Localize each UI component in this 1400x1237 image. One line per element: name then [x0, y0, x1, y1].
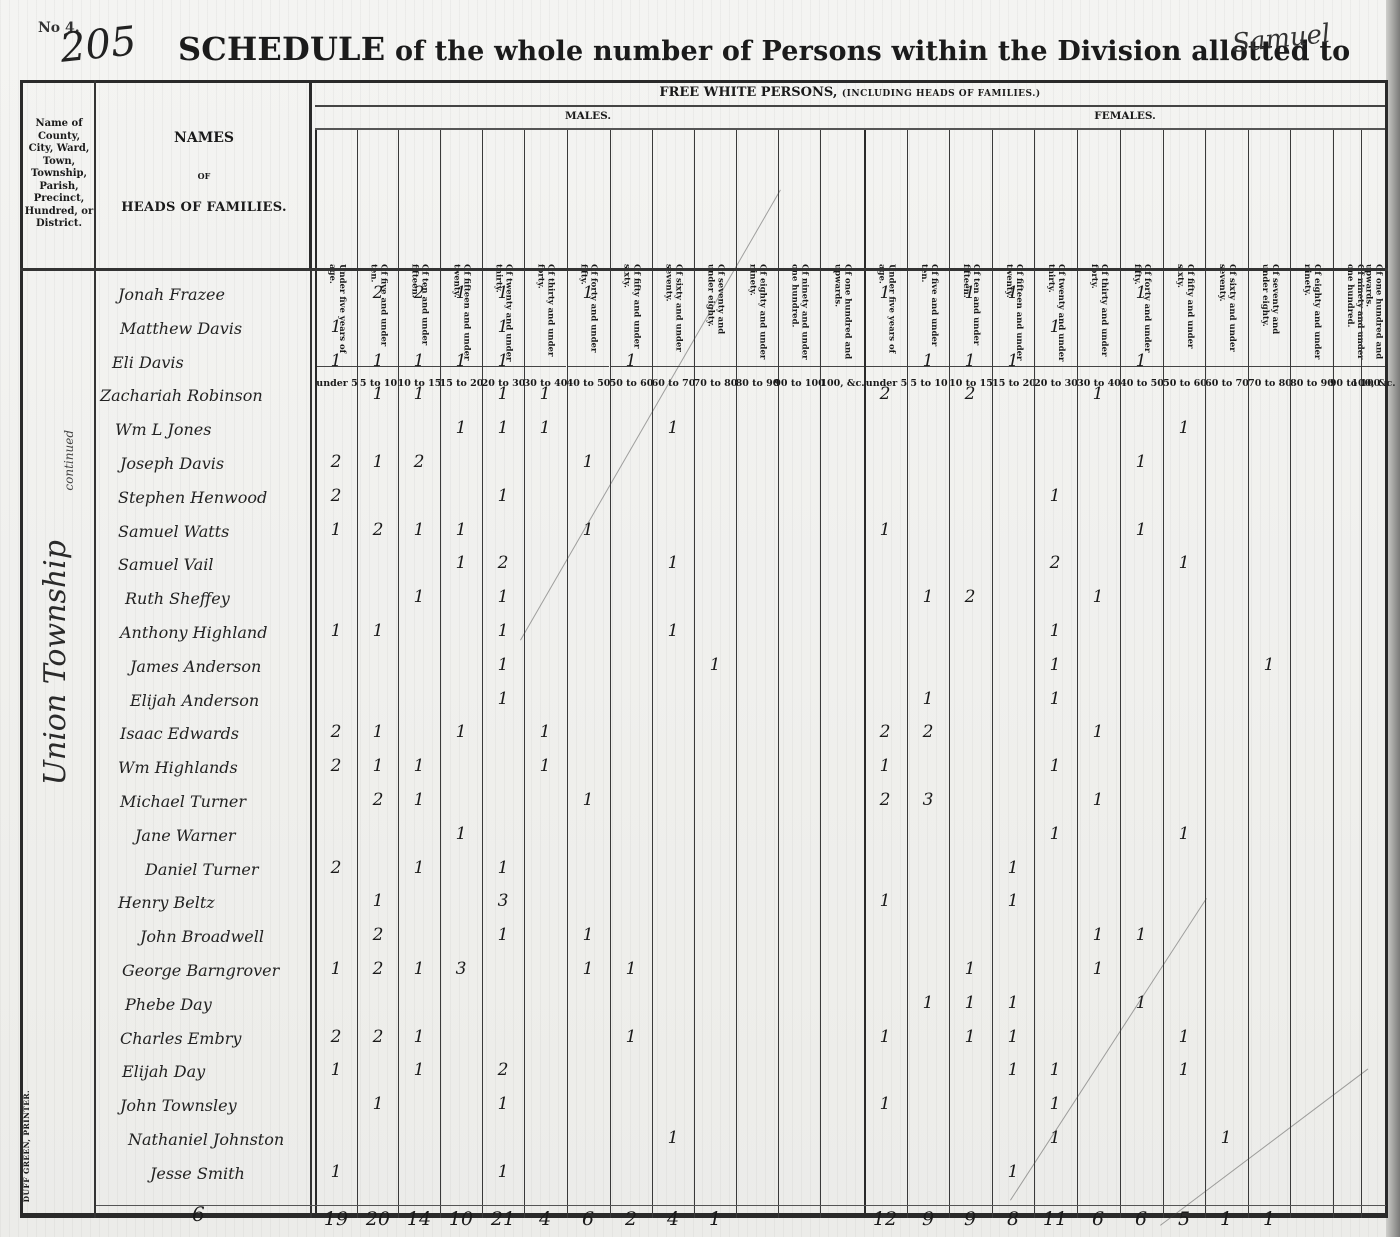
male-age-column: Of one hundred and upwards.100, &c. — [820, 130, 864, 1218]
female-count: 1 — [1249, 655, 1289, 675]
male-count: 1 — [399, 520, 439, 540]
page-edge-shadow — [1386, 0, 1400, 1237]
male-total: 10 — [441, 1208, 481, 1230]
female-count: 1 — [1164, 553, 1204, 573]
column-description-text: Of seventy and under eighty. — [1260, 264, 1280, 364]
head-of-family-name: Henry Beltz — [118, 893, 215, 912]
column-description-text: Of eighty and under ninety. — [748, 264, 768, 364]
district-name-cell: Union Township — [28, 540, 98, 840]
column-description-text: Of fifty and under sixty. — [622, 264, 642, 364]
male-count: 1 — [525, 722, 565, 742]
column-description-text: Under five years of age. — [877, 264, 897, 364]
male-total: 21 — [483, 1208, 523, 1230]
male-count: 1 — [399, 1060, 439, 1080]
female-count: 1 — [1078, 959, 1118, 979]
male-total: 4 — [653, 1208, 693, 1230]
female-count: 2 — [865, 722, 905, 742]
column-description-text: Of fifteen and under twenty. — [452, 264, 472, 364]
male-count: 2 — [358, 925, 398, 945]
male-count: 1 — [483, 689, 523, 709]
male-count: 2 — [358, 520, 398, 540]
male-count: 1 — [399, 1027, 439, 1047]
female-count: 1 — [1035, 655, 1075, 675]
totals-divider — [96, 1205, 1386, 1206]
female-count: 1 — [1121, 283, 1161, 303]
male-count: 2 — [358, 959, 398, 979]
age-range-label: 50 to 60 — [1164, 366, 1206, 399]
age-range-label: 20 to 30 — [1035, 366, 1077, 399]
male-count: 1 — [399, 858, 439, 878]
male-count: 1 — [611, 1027, 651, 1047]
column-description: Of five and under ten. — [358, 264, 399, 364]
male-total: 2 — [611, 1208, 651, 1230]
column-description-text: Of ten and under fifteen. — [961, 264, 981, 364]
male-count: 2 — [358, 1027, 398, 1047]
head-of-family-name: Zachariah Robinson — [100, 386, 263, 405]
female-count: 1 — [865, 520, 905, 540]
male-count: 1 — [399, 790, 439, 810]
column-description: Of five and under ten. — [908, 264, 950, 364]
male-count: 2 — [316, 756, 356, 776]
female-count: 1 — [1035, 317, 1075, 337]
female-count: 2 — [950, 587, 990, 607]
male-age-column: Under five years of age.under 5 — [315, 130, 357, 1218]
female-total: 9 — [950, 1208, 990, 1230]
head-of-family-name: Charles Embry — [120, 1029, 241, 1048]
female-count: 1 — [1078, 384, 1118, 404]
male-count: 2 — [316, 858, 356, 878]
male-count: 1 — [441, 418, 481, 438]
male-count: 1 — [653, 1128, 693, 1148]
male-count: 2 — [399, 283, 439, 303]
female-total: 11 — [1035, 1208, 1075, 1230]
female-count: 1 — [1035, 756, 1075, 776]
head-of-family-name: Jane Warner — [135, 826, 235, 845]
female-count: 1 — [1035, 689, 1075, 709]
female-count: 1 — [1164, 1027, 1204, 1047]
column-description: Of eighty and under ninety. — [737, 264, 778, 364]
column-description: Of seventy and under eighty. — [1249, 264, 1291, 364]
female-count: 1 — [908, 351, 948, 371]
male-count: 1 — [358, 722, 398, 742]
male-count: 1 — [316, 317, 356, 337]
head-of-family-name: Ruth Sheffey — [125, 589, 230, 608]
female-total: 12 — [865, 1208, 905, 1230]
female-age-column: Of thirty and under forty.30 to 40 — [1077, 130, 1120, 1218]
male-count: 1 — [441, 283, 481, 303]
male-count: 1 — [483, 317, 523, 337]
female-count: 1 — [993, 891, 1033, 911]
age-range-label: 60 to 70 — [1206, 366, 1248, 399]
female-count: 1 — [865, 1094, 905, 1114]
female-count: 1 — [993, 1027, 1033, 1047]
male-count: 2 — [316, 452, 356, 472]
male-count: 1 — [316, 959, 356, 979]
male-total: 1 — [695, 1208, 735, 1230]
female-count: 1 — [908, 689, 948, 709]
male-count: 1 — [483, 418, 523, 438]
head-of-family-name: Samuel Vail — [118, 555, 214, 574]
column-description-text: Of thirty and under forty. — [1089, 264, 1109, 364]
female-count: 3 — [908, 790, 948, 810]
head-of-family-name: Samuel Watts — [118, 522, 229, 541]
male-count: 2 — [358, 790, 398, 810]
age-range-label: 100, &c. — [821, 366, 864, 399]
page-number: 205 — [58, 18, 139, 72]
schedule-title: SCHEDULE of the whole number of Persons … — [178, 30, 1350, 68]
column-description: Of one hundred and upwards. — [1362, 264, 1385, 364]
male-count: 1 — [653, 418, 693, 438]
female-count: 1 — [1164, 1060, 1204, 1080]
male-count: 2 — [358, 283, 398, 303]
female-count: 1 — [865, 756, 905, 776]
female-count: 1 — [1035, 824, 1075, 844]
head-of-family-name: George Barngrover — [122, 961, 279, 980]
males-header: MALES. — [315, 110, 861, 122]
female-total: 8 — [993, 1208, 1033, 1230]
male-count: 2 — [483, 1060, 523, 1080]
head-of-family-name: James Anderson — [130, 657, 261, 676]
male-count: 1 — [568, 959, 608, 979]
male-count: 1 — [358, 891, 398, 911]
female-count: 1 — [1164, 824, 1204, 844]
column-description-text: Of ninety and under one hundred. — [790, 264, 810, 364]
column-description: Of ten and under fifteen. — [399, 264, 440, 364]
female-count: 2 — [950, 384, 990, 404]
names-header-title: NAMES — [100, 130, 308, 146]
column-description: Of fifteen and under twenty. — [441, 264, 482, 364]
column-description-text: Of sixty and under seventy. — [1217, 264, 1237, 364]
head-of-family-name: Jonah Frazee — [118, 285, 225, 304]
age-range-label: under 5 — [317, 366, 357, 399]
female-count: 1 — [993, 1060, 1033, 1080]
column-description-text: Of one hundred and upwards. — [833, 264, 853, 364]
column-description-text: Of five and under ten. — [919, 264, 939, 364]
column-description-text: Of twenty and under thirty. — [1046, 264, 1066, 364]
male-count: 1 — [441, 351, 481, 371]
female-count: 1 — [865, 891, 905, 911]
column-description: Of sixty and under seventy. — [1206, 264, 1248, 364]
female-count: 2 — [908, 722, 948, 742]
female-total: 6 — [1121, 1208, 1161, 1230]
age-range-label: 15 to 20 — [441, 366, 482, 399]
male-age-column: Of fifty and under sixty.50 to 60 — [610, 130, 652, 1218]
head-of-family-name: Eli Davis — [112, 353, 184, 372]
age-range-label: 40 to 50 — [1121, 366, 1163, 399]
age-range-label: 5 to 10 — [908, 366, 950, 399]
group-title: FREE WHITE PERSONS, — [659, 85, 837, 100]
male-total: 14 — [399, 1208, 439, 1230]
column-description: Of ninety and under one hundred. — [779, 264, 820, 364]
male-count: 1 — [483, 587, 523, 607]
title-lead: SCHEDULE — [178, 30, 385, 68]
female-age-column: Of one hundred and upwards.100, &c. — [1361, 130, 1385, 1218]
male-count: 1 — [316, 621, 356, 641]
female-count: 1 — [1206, 1128, 1246, 1148]
column-description: Of eighty and under ninety. — [1291, 264, 1333, 364]
free-white-persons-header: FREE WHITE PERSONS, (INCLUDING HEADS OF … — [315, 85, 1385, 107]
column-description: Of fifty and under sixty. — [611, 264, 652, 364]
male-age-column: Of sixty and under seventy.60 to 70 — [652, 130, 694, 1218]
male-count: 1 — [483, 486, 523, 506]
female-count: 1 — [1035, 486, 1075, 506]
male-count: 1 — [483, 858, 523, 878]
district-note: continued — [62, 430, 76, 491]
male-count: 1 — [525, 756, 565, 776]
age-range-label: 80 to 90 — [737, 366, 778, 399]
head-of-family-name: Michael Turner — [120, 792, 246, 811]
age-range-label: 15 to 20 — [993, 366, 1035, 399]
column-description: Of forty and under fifty. — [1121, 264, 1163, 364]
male-count: 1 — [483, 283, 523, 303]
head-of-family-name: Jesse Smith — [150, 1164, 245, 1183]
age-range-label: 40 to 50 — [568, 366, 609, 399]
head-of-family-name: Stephen Henwood — [118, 488, 267, 507]
male-count: 1 — [483, 925, 523, 945]
column-description-text: Of fifty and under sixty. — [1175, 264, 1195, 364]
male-total: 19 — [316, 1208, 356, 1230]
male-count: 2 — [316, 1027, 356, 1047]
male-count: 1 — [483, 655, 523, 675]
female-age-column: Of sixty and under seventy.60 to 70 — [1205, 130, 1248, 1218]
male-count: 1 — [525, 418, 565, 438]
male-count: 2 — [399, 452, 439, 472]
male-count: 1 — [568, 452, 608, 472]
male-count: 3 — [441, 959, 481, 979]
female-count: 1 — [908, 993, 948, 1013]
column-description-text: Of forty and under fifty. — [579, 264, 599, 364]
male-count: 1 — [358, 452, 398, 472]
female-age-column: Of eighty and under ninety.80 to 90 — [1290, 130, 1333, 1218]
age-range-label: 60 to 70 — [653, 366, 694, 399]
column-description: Of seventy and under eighty. — [695, 264, 736, 364]
female-count: 1 — [1121, 452, 1161, 472]
female-count: 1 — [1121, 351, 1161, 371]
column-description: Of thirty and under forty. — [525, 264, 566, 364]
male-count: 1 — [399, 351, 439, 371]
column-description-text: Of sixty and under seventy. — [664, 264, 684, 364]
female-count: 1 — [993, 993, 1033, 1013]
male-count: 1 — [611, 959, 651, 979]
male-age-column: Of eighty and under ninety.80 to 90 — [736, 130, 778, 1218]
male-count: 1 — [611, 351, 651, 371]
female-count: 2 — [865, 790, 905, 810]
male-count: 1 — [653, 621, 693, 641]
male-count: 1 — [441, 520, 481, 540]
female-count: 1 — [1078, 925, 1118, 945]
age-range-label: 70 to 80 — [695, 366, 736, 399]
male-age-column: Of thirty and under forty.30 to 40 — [524, 130, 566, 1218]
female-total: 1 — [1249, 1208, 1289, 1230]
head-of-family-name: Joseph Davis — [120, 454, 224, 473]
column-description-text: Of fifteen and under twenty. — [1004, 264, 1024, 364]
male-count: 1 — [653, 553, 693, 573]
female-count: 1 — [1078, 790, 1118, 810]
male-count: 1 — [483, 1094, 523, 1114]
column-description: Of thirty and under forty. — [1078, 264, 1120, 364]
column-description-text: Of one hundred and upwards. — [1364, 264, 1384, 364]
female-count: 1 — [993, 283, 1033, 303]
female-age-column: Of fifty and under sixty.50 to 60 — [1163, 130, 1206, 1218]
female-count: 2 — [865, 384, 905, 404]
female-count: 1 — [1164, 418, 1204, 438]
age-range-label: 80 to 90 — [1291, 366, 1333, 399]
male-count: 1 — [316, 520, 356, 540]
head-of-family-name: Elijah Anderson — [130, 691, 259, 710]
age-range-label: 100, &c. — [1362, 366, 1385, 399]
male-count: 1 — [358, 384, 398, 404]
female-total: 6 — [1078, 1208, 1118, 1230]
head-of-family-name: John Townsley — [120, 1096, 237, 1115]
county-column-header: Name of County, City, Ward, Town, Townsh… — [24, 118, 94, 231]
male-age-column: Of ninety and under one hundred.90 to 10… — [778, 130, 820, 1218]
head-of-family-name: Matthew Davis — [120, 319, 242, 338]
column-description: Of one hundred and upwards. — [821, 264, 864, 364]
female-count: 1 — [865, 283, 905, 303]
column-description-text: Of five and under ten. — [369, 264, 389, 364]
male-count: 1 — [568, 790, 608, 810]
female-count: 1 — [865, 1027, 905, 1047]
female-count: 1 — [950, 283, 990, 303]
male-count: 2 — [483, 553, 523, 573]
female-count: 1 — [1035, 1060, 1075, 1080]
header-divider — [20, 268, 1388, 271]
male-count: 1 — [358, 621, 398, 641]
male-count: 1 — [399, 959, 439, 979]
female-total: 5 — [1164, 1208, 1204, 1230]
female-count: 1 — [1121, 925, 1161, 945]
male-count: 1 — [399, 587, 439, 607]
female-age-column: Of five and under ten.5 to 10 — [907, 130, 950, 1218]
head-of-family-name: Wm L Jones — [115, 420, 211, 439]
females-header: FEMALES. — [864, 110, 1386, 122]
female-count: 1 — [908, 587, 948, 607]
column-description-text: Of twenty and under thirty. — [494, 264, 514, 364]
female-count: 1 — [1121, 520, 1161, 540]
names-header-of: OF — [100, 171, 308, 181]
district-name: Union Township — [38, 540, 73, 785]
head-of-family-name: Wm Highlands — [118, 758, 238, 777]
male-count: 1 — [483, 1162, 523, 1182]
male-total: 6 — [568, 1208, 608, 1230]
female-count: 1 — [950, 1027, 990, 1047]
column-description-text: Under five years of age. — [327, 264, 347, 364]
female-count: 1 — [993, 858, 1033, 878]
column-description: Of ten and under fifteen. — [950, 264, 992, 364]
male-count: 1 — [695, 655, 735, 675]
column-description: Of twenty and under thirty. — [1035, 264, 1077, 364]
female-count: 1 — [950, 351, 990, 371]
male-count: 1 — [316, 1162, 356, 1182]
male-count: 2 — [316, 722, 356, 742]
male-count: 1 — [568, 925, 608, 945]
column-description-text: Of forty and under fifty. — [1132, 264, 1152, 364]
female-total: 1 — [1206, 1208, 1246, 1230]
column-description-text: Of ten and under fifteen. — [410, 264, 430, 364]
male-count: 1 — [358, 756, 398, 776]
female-count: 1 — [993, 351, 1033, 371]
head-of-family-name: Elijah Day — [122, 1062, 205, 1081]
male-count: 1 — [399, 384, 439, 404]
head-of-family-name: Nathaniel Johnston — [128, 1130, 284, 1149]
title-rest: of the whole number of Persons within th… — [395, 36, 1350, 67]
male-total: 20 — [358, 1208, 398, 1230]
male-total: 4 — [525, 1208, 565, 1230]
female-count: 2 — [1035, 553, 1075, 573]
male-count: 2 — [316, 486, 356, 506]
column-description: Under five years of age. — [317, 264, 357, 364]
age-range-label: 70 to 80 — [1249, 366, 1291, 399]
female-count: 1 — [1078, 587, 1118, 607]
column-description: Of twenty and under thirty. — [483, 264, 524, 364]
female-count: 1 — [1078, 722, 1118, 742]
group-subtitle: (INCLUDING HEADS OF FAMILIES.) — [842, 89, 1041, 99]
male-count: 1 — [399, 756, 439, 776]
female-count: 1 — [1035, 1094, 1075, 1114]
male-count: 1 — [358, 1094, 398, 1114]
column-description-text: Of eighty and under ninety. — [1302, 264, 1322, 364]
head-of-family-name: Isaac Edwards — [120, 724, 239, 743]
head-of-family-name: Phebe Day — [125, 995, 212, 1014]
female-count: 1 — [950, 993, 990, 1013]
totals-page-marker: 6 — [192, 1202, 205, 1226]
male-count: 1 — [525, 384, 565, 404]
age-range-label: 90 to 100 — [779, 366, 820, 399]
male-count: 1 — [483, 351, 523, 371]
male-count: 1 — [441, 824, 481, 844]
column-description: Of fifty and under sixty. — [1164, 264, 1206, 364]
male-count: 1 — [568, 283, 608, 303]
male-count: 1 — [441, 722, 481, 742]
male-count: 1 — [316, 1060, 356, 1080]
head-of-family-name: Daniel Turner — [145, 860, 259, 879]
age-range-label: 50 to 60 — [611, 366, 652, 399]
column-description: Under five years of age. — [866, 264, 907, 364]
column-description-text: Of thirty and under forty. — [536, 264, 556, 364]
female-total: 9 — [908, 1208, 948, 1230]
male-count: 1 — [483, 384, 523, 404]
male-count: 3 — [483, 891, 523, 911]
female-count: 1 — [1035, 621, 1075, 641]
head-of-family-name: Anthony Highland — [120, 623, 267, 642]
column-description: Of fifteen and under twenty. — [993, 264, 1035, 364]
printer-imprint: DUFF GREEN, PRINTER. — [22, 1090, 31, 1202]
male-count: 1 — [316, 351, 356, 371]
head-of-family-name: John Broadwell — [140, 927, 264, 946]
names-header-subtitle: HEADS OF FAMILIES. — [100, 200, 308, 215]
male-count: 1 — [358, 351, 398, 371]
female-count: 1 — [950, 959, 990, 979]
male-count: 1 — [441, 553, 481, 573]
column-description: Of forty and under fifty. — [568, 264, 609, 364]
male-count: 1 — [483, 621, 523, 641]
